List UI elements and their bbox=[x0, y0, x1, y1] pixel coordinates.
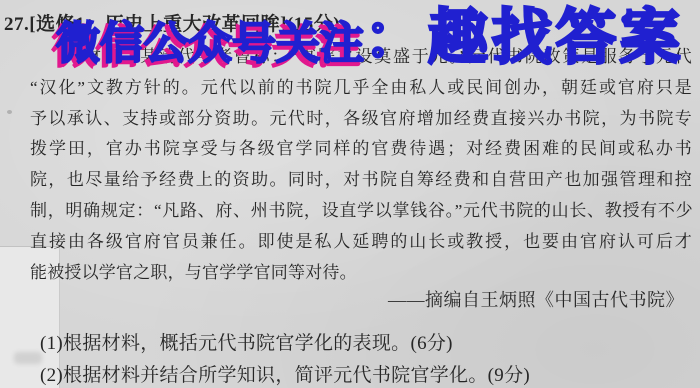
material-line-7: 直接由各级官府官员兼任。即使是私人延聘的山长或教授，也要由官府认可后才 bbox=[30, 227, 692, 258]
sub-question-2: (2)根据材料并结合所学知识，简评元代书院官学化。(9分) bbox=[40, 360, 530, 387]
material-line-1: 材料 某清代学者曾称：“书院之设莫盛于元。”元代书院政策是服务于元代 bbox=[30, 42, 692, 73]
material-line-6: 制，明确规定：“凡路、府、州书院，设直学以掌钱谷。”元代书院的山长、教授有不少 bbox=[30, 196, 692, 227]
sub-question-1: (1)根据材料，概括元代书院官学化的表现。(6分) bbox=[40, 328, 453, 355]
material-paragraph: 材料 某清代学者曾称：“书院之设莫盛于元。”元代书院政策是服务于元代 “汉化”文… bbox=[30, 42, 692, 288]
material-line-2: “汉化”文教方针的。元代以前的书院几乎全由私人或民间创办，朝廷或官府只是 bbox=[30, 73, 692, 104]
source-attribution: ——摘编自王炳照《中国古代书院》 bbox=[388, 286, 684, 312]
scan-speck bbox=[7, 110, 12, 114]
material-line-5: 院，也尽量给予经费上的资助。同时，对书院自筹经费和自营田产也加强管理和控 bbox=[30, 165, 692, 196]
material-line-8: 能被授以学官之职，与官学学官同等对待。 bbox=[30, 258, 692, 289]
material-line-3: 予以承认、支持或部分资助。元代时，各级官府增加经费直接兴办书院，为书院专 bbox=[30, 104, 692, 135]
scan-smudge bbox=[14, 352, 42, 364]
material-line-4: 拨学田，官办书院享受与各级官学同样的官费待遇；对经费困难的民间或私办书 bbox=[30, 134, 692, 165]
question-number-header: 27.[选修1：历史上重大改革回眸](15分) bbox=[4, 9, 340, 36]
scanned-exam-page: 27.[选修1：历史上重大改革回眸](15分) 材料 某清代学者曾称：“书院之设… bbox=[0, 0, 700, 388]
